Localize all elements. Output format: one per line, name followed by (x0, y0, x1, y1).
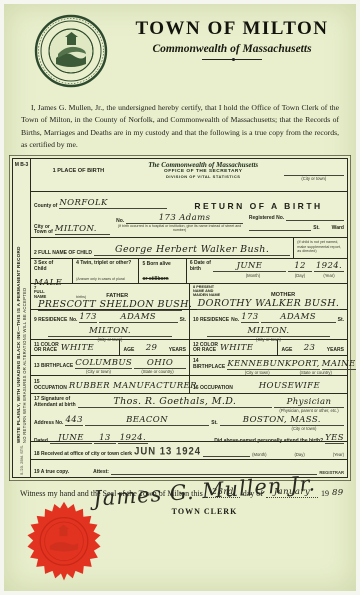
field-mother-name: 8 PRESENTNAME ANDMAIDEN NAME MOTHER DORO… (189, 284, 347, 309)
document-subtitle: Commonwealth of Massachusetts (108, 43, 356, 55)
header-divider (202, 59, 262, 60)
father-birthplace-state: OHIO (134, 358, 186, 369)
field-attendant: 17 Signature ofAttendant at birth Thos. … (31, 394, 347, 441)
child-name-value: George Herbert Walker Bush. (94, 244, 290, 256)
field-date-of-birth: 6 Date ofbirth JUNE 12 1924. (Month) (Da… (186, 259, 347, 283)
field-street-number: No. 173 Adams (If birth occurred in a ho… (113, 211, 246, 237)
city-value: MILTON. (55, 224, 110, 235)
birth-certificate-document: TOWN OF MILTON Commonwealth of Massachus… (4, 4, 356, 591)
father-color-value: WHITE (61, 343, 117, 353)
attendant-signature-value: Thos. R. Goethals, M.D. (78, 396, 272, 408)
form-number: M B-3 (15, 159, 29, 170)
field-father-occupation: 15 OCCUPATION RUBBER MANUFACTURER (31, 376, 189, 393)
attendant-role-value: Physician (274, 397, 344, 408)
field-father-color: 11 COLOROR RACE WHITE (31, 340, 119, 355)
field-twin: 4 Twin, triplet or other? (Answer only i… (72, 259, 138, 283)
margin-instruction-2: NO RETURN WITH ERASURES OR ALTERATIONS W… (22, 170, 27, 443)
unnamed-child-note: (If child is not yet named, make supplem… (293, 238, 347, 258)
return-of-birth-title: RETURN OF A BIRTH (170, 192, 347, 211)
form-left-margin: M B-3 WRITE PLAINLY, WITH UNFADING BLACK… (13, 159, 31, 477)
mother-age-value: 23 (294, 343, 324, 353)
notary-red-seal-icon (20, 500, 108, 588)
field-father-name: 7FULLNAME FATHER PRESCOTT SHELDON BUSH. (31, 284, 189, 309)
father-age-value: 29 (136, 343, 166, 353)
dob-day: 12 (288, 261, 312, 272)
field-born-alive: 5 Born alive or stillborn (138, 259, 185, 283)
attendant-address-street: BEACON (85, 415, 209, 426)
father-residence-no: 173 (79, 312, 96, 323)
field-city-town: City or Town of MILTON. (31, 211, 113, 237)
witness-year-value: 89 (332, 488, 344, 498)
field-child-name: 2 FULL NAME OF CHILD George Herbert Walk… (31, 238, 293, 258)
attendant-address-city: BOSTON, MASS. (220, 415, 344, 426)
county-value: NORFOLK (59, 198, 167, 209)
dob-month: JUNE (213, 261, 286, 272)
received-date-stamp: JUN 13 1924 (134, 445, 201, 458)
mother-name-value: DOROTHY WALKER BUSH. (197, 298, 340, 310)
father-header: FATHER (48, 293, 186, 299)
dob-year: 1924. (314, 261, 344, 272)
mother-birthplace-state: MAINE. (322, 359, 356, 370)
father-name-value: PRESCOTT SHELDON BUSH. (38, 299, 182, 311)
town-of-milton-seal-icon (34, 14, 108, 88)
mother-occupation-value: HOUSEWIFE (235, 381, 344, 391)
stillborn-strikethrough: or stillborn (142, 276, 168, 282)
field-place-of-birth: 1 PLACE OF BIRTH (31, 159, 126, 191)
document-header: TOWN OF MILTON Commonwealth of Massachus… (4, 4, 356, 90)
return-of-birth-form: M B-3 WRITE PLAINLY, WITH UNFADING BLACK… (12, 158, 348, 478)
agency-heading: The Commonwealth of Massachusetts OFFICE… (126, 159, 281, 191)
field-sex: 3 Sex ofChild MALE (31, 259, 72, 283)
father-occupation-value: RUBBER MANUFACTURER (69, 381, 197, 391)
field-county: County of NORFOLK (31, 192, 170, 211)
document-title: TOWN OF MILTON (108, 18, 356, 40)
field-mother-residence: 10 RESIDENCE No. 173 ADAMS St. MILTON. (… (189, 310, 347, 339)
street-value: 173 Adams (126, 213, 243, 224)
mother-header: MOTHER (222, 292, 344, 298)
mother-birthplace-city: KENNEBUNKPORT, (227, 359, 320, 370)
field-registered-no: Registered No. St.Ward (246, 211, 347, 237)
mother-residence-street: ADAMS (261, 312, 336, 323)
mother-residence-city: MILTON. (207, 326, 330, 337)
mother-color-value: WHITE (220, 343, 274, 353)
field-mother-occupation: 16 OCCUPATION HOUSEWIFE (189, 376, 347, 393)
father-residence-city: MILTON. (48, 326, 172, 337)
field-father-residence: 9 RESIDENCE No. 173 ADAMS St. MILTON. (C… (31, 310, 189, 339)
print-code: 5-'23. 25M. STS. (19, 443, 24, 477)
clerk-signature-block: James G. Mullen Jr. TOWN CLERK (93, 479, 316, 516)
mother-residence-no: 173 (241, 312, 258, 323)
field-father-birthplace: 13 BIRTHPLACE COLUMBUS OHIO (City or tow… (31, 356, 189, 375)
father-residence-street: ADAMS (99, 312, 178, 323)
field-mother-birthplace: 14 BIRTHPLACE KENNEBUNKPORT, MAINE. (Cit… (189, 356, 347, 375)
margin-instruction-1: WRITE PLAINLY, WITH UNFADING BLACK INK—T… (16, 170, 21, 443)
field-mother-color: 12 COLOROR RACE WHITE (189, 340, 277, 355)
attendant-address-no: 443 (65, 415, 82, 426)
field-father-age: AGE 29 YEARS (119, 340, 189, 355)
city-or-town-hint-box: (City or town) (281, 159, 347, 191)
scanned-photo-border: TOWN OF MILTON Commonwealth of Massachus… (0, 0, 360, 595)
father-birthplace-city: COLUMBUS (75, 358, 132, 369)
field-mother-age: AGE 23 YEARS (277, 340, 347, 355)
clerk-certification-text: I, James G. Mullen, Jr., the undersigned… (21, 102, 339, 151)
field-received: 18 Received at office of city or town cl… (31, 442, 347, 459)
